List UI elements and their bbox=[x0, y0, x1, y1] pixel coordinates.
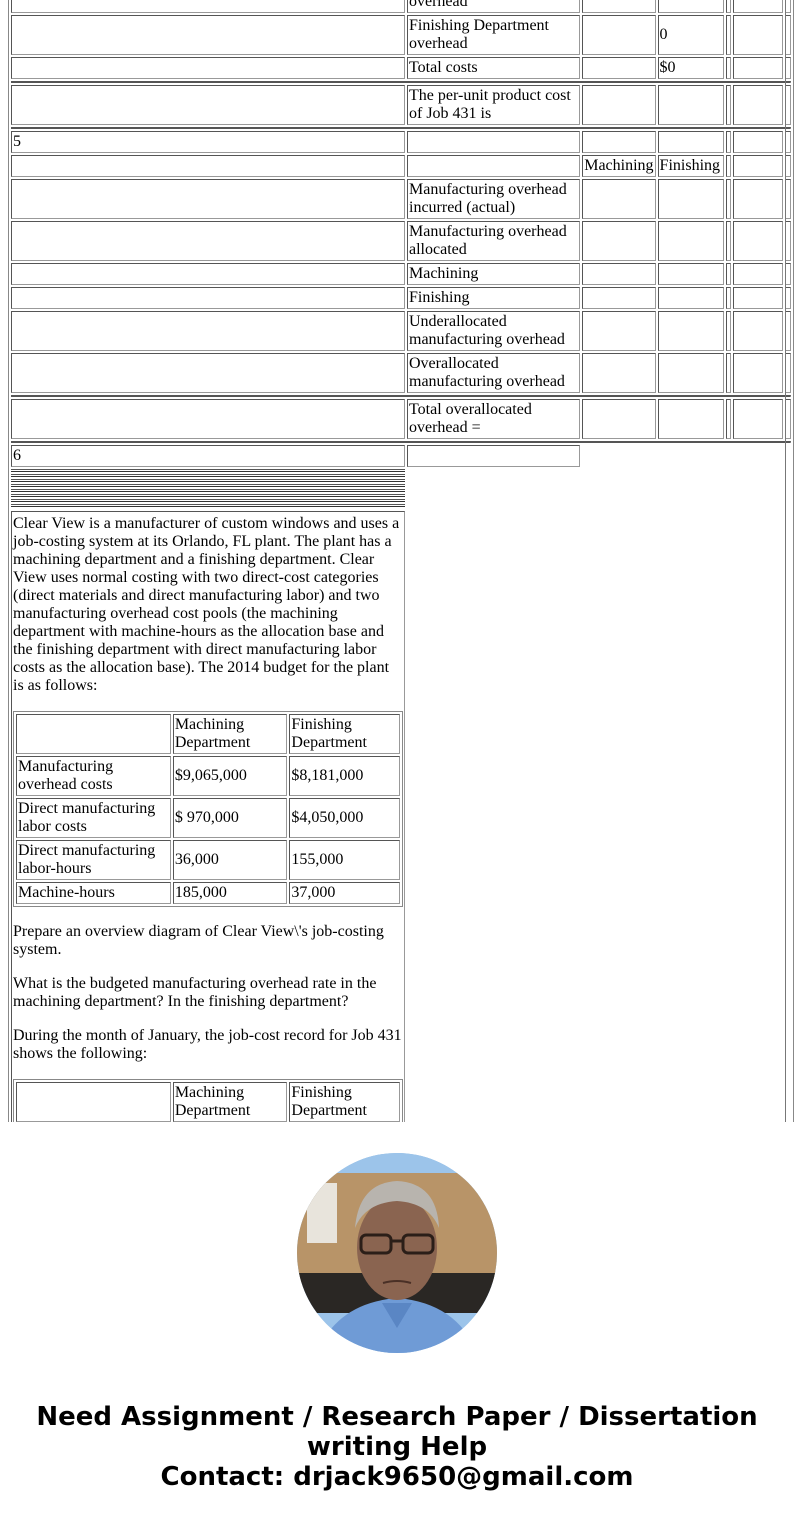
row-label: Manufacturing overhead incurred (actual) bbox=[407, 179, 580, 219]
table-row: Direct manufacturing labor costs $ 970,0… bbox=[16, 798, 400, 838]
table-row: overhead bbox=[11, 0, 791, 13]
problem-intro: Clear View is a manufacturer of custom w… bbox=[13, 515, 403, 695]
table-row: Manufacturing overhead allocated bbox=[11, 221, 791, 261]
table-row: 6 bbox=[11, 445, 791, 467]
row-label: Manufacturing overhead allocated bbox=[407, 221, 580, 261]
stacked-rules-divider bbox=[11, 469, 405, 509]
part-number: 6 bbox=[11, 445, 405, 467]
table-row: Overallocated manufacturing overhead bbox=[11, 353, 791, 393]
table-header-row: Machining Department Finishing Departmen… bbox=[16, 1082, 400, 1122]
row-label: Overallocated manufacturing overhead bbox=[407, 353, 580, 393]
table-row: The per-unit product cost of Job 431 is bbox=[11, 85, 791, 125]
table-row: Manufacturing overhead costs $9,065,000 … bbox=[16, 756, 400, 796]
table-row: Finishing bbox=[11, 287, 791, 309]
table-header-row: Machining Department Finishing Departmen… bbox=[16, 714, 400, 754]
table-row: Direct manufacturing labor-hours 36,000 … bbox=[16, 840, 400, 880]
header-machining: Machining bbox=[582, 155, 655, 177]
row-label: Machining bbox=[407, 263, 580, 285]
document-viewport: overhead Finishing Department overhead 0… bbox=[0, 0, 794, 1122]
problem-statement: Clear View is a manufacturer of custom w… bbox=[11, 511, 405, 1122]
table-row: 5 bbox=[11, 131, 791, 153]
row-label: overhead bbox=[407, 0, 580, 13]
budget-table: Machining Department Finishing Departmen… bbox=[13, 711, 403, 907]
table-row: Machining bbox=[11, 263, 791, 285]
part-number: 5 bbox=[11, 131, 405, 153]
row-label: Finishing bbox=[407, 287, 580, 309]
person-photo-icon bbox=[297, 1153, 497, 1353]
job-cost-table: Machining Department Finishing Departmen… bbox=[13, 1079, 403, 1122]
page-frame-border bbox=[785, 0, 786, 1122]
table-row: Total costs $0 bbox=[11, 57, 791, 79]
table-row: Manufacturing overhead incurred (actual) bbox=[11, 179, 791, 219]
ad-line-2: writing Help bbox=[0, 1432, 794, 1462]
table-row: Total overallocated overhead = bbox=[11, 399, 791, 439]
author-avatar bbox=[297, 1153, 497, 1353]
table-row: Underallocated manufacturing overhead bbox=[11, 311, 791, 351]
row-label: The per-unit product cost of Job 431 is bbox=[407, 85, 580, 125]
contact-advertisement: Need Assignment / Research Paper / Disse… bbox=[0, 1402, 794, 1492]
question-1: Prepare an overview diagram of Clear Vie… bbox=[13, 923, 403, 959]
table-row: Machine-hours 185,000 37,000 bbox=[16, 882, 400, 904]
row-label: Finishing Department overhead bbox=[407, 15, 580, 55]
header-finishing: Finishing bbox=[658, 155, 724, 177]
table-header-row: Machining Finishing bbox=[11, 155, 791, 177]
row-label: Underallocated manufacturing overhead bbox=[407, 311, 580, 351]
question-3: During the month of January, the job-cos… bbox=[13, 1027, 403, 1063]
table-row: Finishing Department overhead 0 bbox=[11, 15, 791, 55]
question-2: What is the budgeted manufacturing overh… bbox=[13, 975, 403, 1011]
row-label: Total overallocated overhead = bbox=[407, 399, 580, 439]
solution-table: overhead Finishing Department overhead 0… bbox=[8, 0, 794, 1122]
cell-value: $0 bbox=[658, 57, 724, 79]
ad-line-1: Need Assignment / Research Paper / Disse… bbox=[0, 1402, 794, 1432]
cell-value: 0 bbox=[658, 15, 724, 55]
ad-contact-email: Contact: drjack9650@gmail.com bbox=[0, 1462, 794, 1492]
row-label: Total costs bbox=[407, 57, 580, 79]
